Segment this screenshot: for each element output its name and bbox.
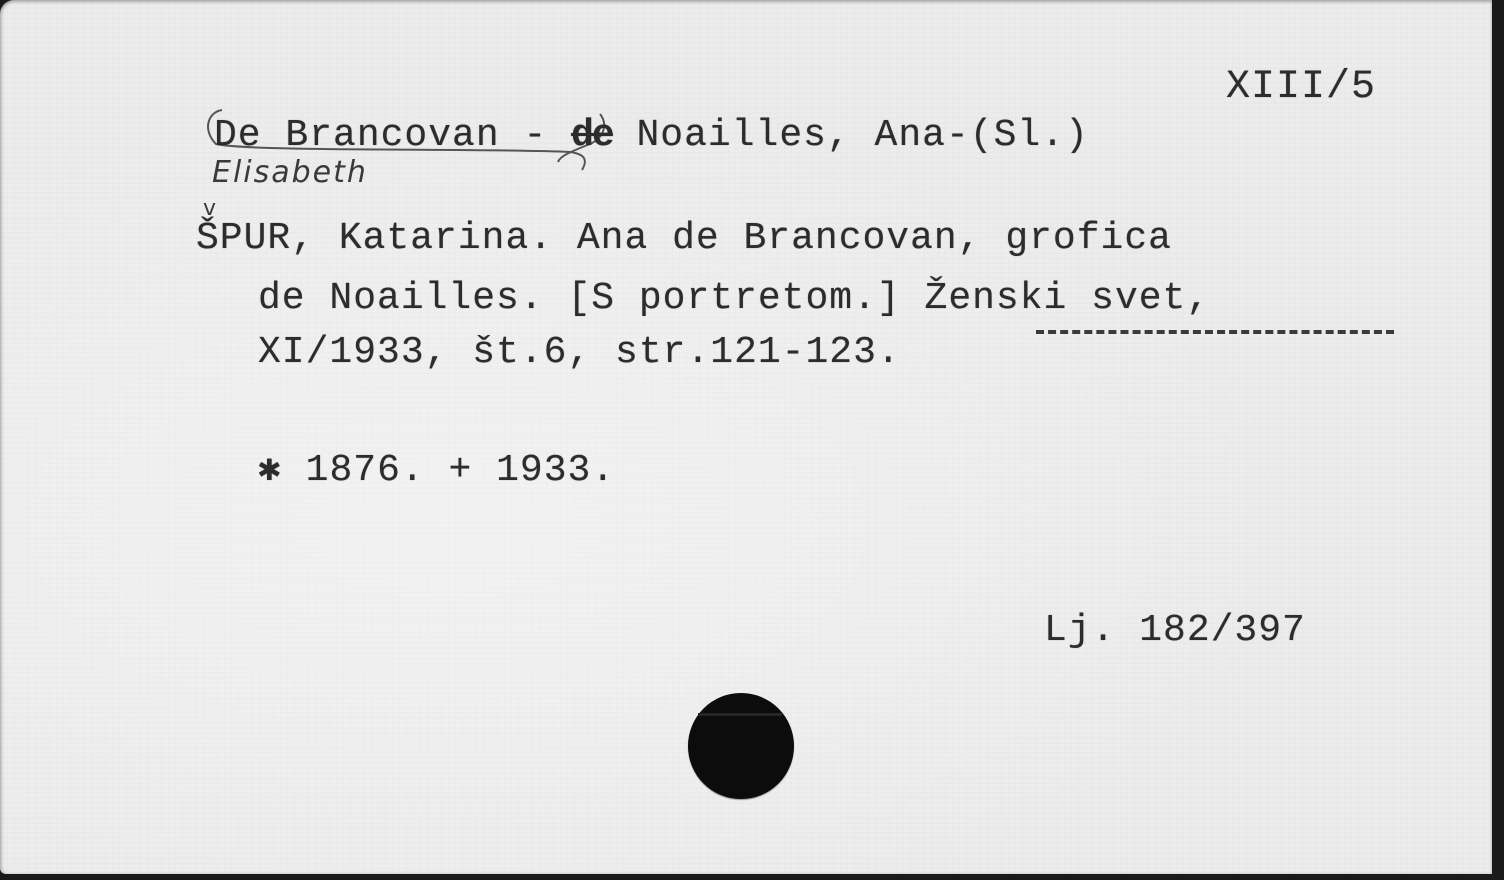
heading-rest: Noailles, Ana-(Sl.) bbox=[613, 114, 1089, 157]
journal-title-underline bbox=[1036, 330, 1394, 334]
handwritten-annotation: Elisabeth bbox=[212, 158, 368, 188]
entry-line-1: ŠPUR, Katarina. Ana de Brancovan, grofic… bbox=[196, 220, 1172, 258]
location-code: Lj. 182/397 bbox=[1044, 612, 1306, 650]
heading: De Brancovan - de Noailles, Ana-(Sl.) bbox=[214, 117, 1089, 155]
entry-text: de Noailles. [S portretom.] bbox=[258, 277, 925, 320]
heading-dash: - bbox=[523, 114, 547, 157]
entry-line-2: de Noailles. [S portretom.] Ženski svet, bbox=[258, 280, 1210, 318]
call-number: XIII/5 bbox=[1226, 68, 1376, 108]
journal-title: Ženski svet bbox=[925, 277, 1187, 320]
struck-particle: de bbox=[571, 114, 613, 157]
life-dates: ✱ 1876. + 1933. bbox=[258, 452, 615, 490]
entry-line-3: XI/1933, št.6, str.121-123. bbox=[258, 334, 901, 372]
punch-hole bbox=[688, 693, 794, 799]
catalog-card: XIII/5 De Brancovan - de Noailles, Ana-(… bbox=[0, 0, 1492, 874]
heading-prefix: De Brancovan bbox=[214, 114, 500, 157]
entry-punctuation: , bbox=[1186, 277, 1210, 320]
